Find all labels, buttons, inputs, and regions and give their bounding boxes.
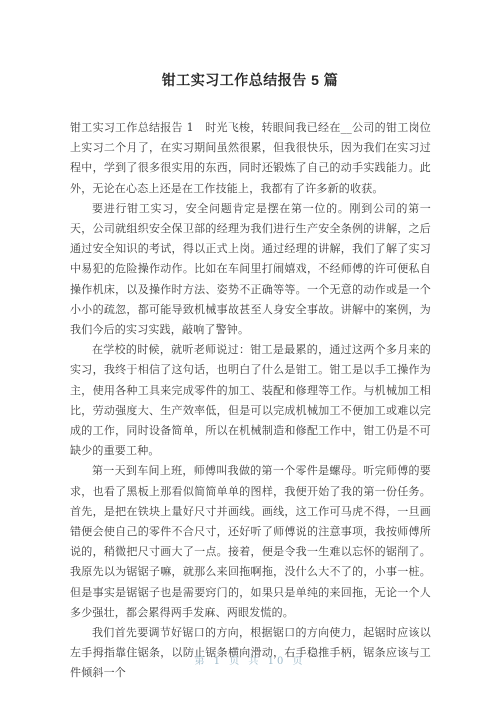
- document-page: 钳工实习工作总结报告 5 篇 钳工实习工作总结报告 1 时光飞梭，转眼间我已经在…: [0, 0, 500, 707]
- document-body: 钳工实习工作总结报告 1 时光飞梭，转眼间我已经在__公司的钳工岗位上实习二个月…: [0, 118, 500, 684]
- page-number-footer: 第 1 页 共 10 页: [0, 652, 500, 667]
- paragraph: 在学校的时候，就听老师说过：钳工是最累的，通过这两个多月来的实习，我终于相信了这…: [70, 340, 431, 461]
- document-title: 钳工实习工作总结报告 5 篇: [0, 0, 500, 90]
- paragraph: 第一天到车间上班，师傅叫我做的第一个零件是螺母。听完师傅的要求，也看了黑板上那看…: [70, 461, 431, 623]
- paragraph: 钳工实习工作总结报告 1 时光飞梭，转眼间我已经在__公司的钳工岗位上实习二个月…: [70, 118, 431, 199]
- paragraph: 要进行钳工实习，安全问题肯定是摆在第一位的。刚到公司的第一天，公司就组织安全保卫…: [70, 199, 431, 340]
